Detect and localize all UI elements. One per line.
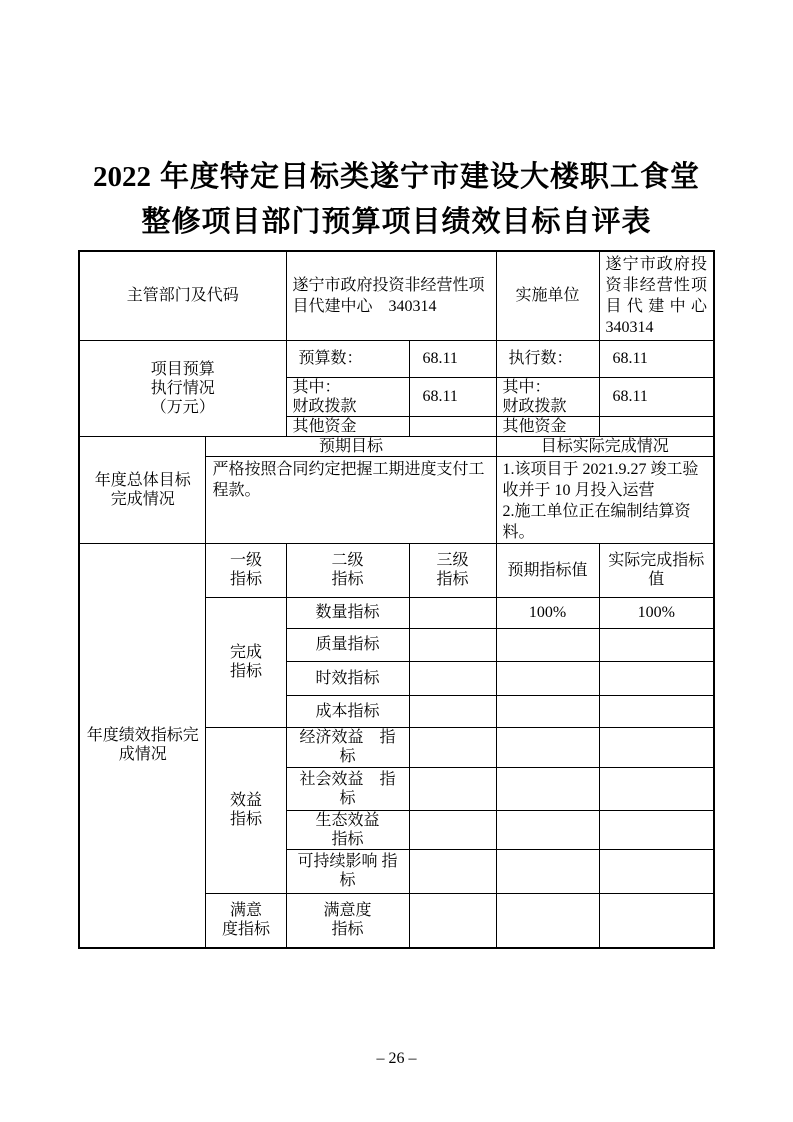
actual-target-text: 1.该项目于 2021.9.27 竣工验收并于 10 月投入运营 2.施工单位正… (496, 456, 714, 543)
actual-value-header: 实际完成指标 值 (599, 543, 714, 597)
expected-target-text: 严格按照合同约定把握工期进度支付工程款。 (206, 456, 496, 543)
indicator-level3 (409, 628, 496, 661)
self-evaluation-table: 主管部门及代码 遂宁市政府投资非经营性项目代建中心 340314 实施单位 遂宁… (78, 250, 715, 949)
budget-amount-label: 预算数： (286, 340, 409, 377)
indicator-level3 (409, 695, 496, 727)
indicator-actual (599, 628, 714, 661)
indicator-level3 (409, 810, 496, 849)
indicator-expected (496, 893, 599, 948)
budget-section-label: 项目预算 执行情况 （万元） (79, 340, 286, 436)
table-row: 年度总体目标 完成情况 预期目标 目标实际完成情况 (79, 436, 714, 456)
expected-value-header: 预期指标值 (496, 543, 599, 597)
indicator-level3 (409, 767, 496, 810)
indicator-level2: 生态效益 指标 (286, 810, 409, 849)
indicator-level2: 满意度 指标 (286, 893, 409, 948)
page-title: 2022 年度特定目标类遂宁市建设大楼职工食堂 整修项目部门预算项目绩效目标自评… (0, 0, 793, 245)
indicator-level2: 成本指标 (286, 695, 409, 727)
indicator-expected (496, 695, 599, 727)
indicator-actual (599, 849, 714, 893)
indicator-actual (599, 893, 714, 948)
table-row: 主管部门及代码 遂宁市政府投资非经营性项目代建中心 340314 实施单位 遂宁… (79, 251, 714, 340)
group-benefit-label: 效益 指标 (206, 727, 286, 893)
indicator-expected (496, 661, 599, 695)
level3-header: 三级 指标 (409, 543, 496, 597)
indicator-actual (599, 695, 714, 727)
indicator-level2: 可持续影响 指 标 (286, 849, 409, 893)
indicator-expected (496, 727, 599, 767)
budget-fiscal-label: 其中： 财政拨款 (286, 377, 409, 416)
indicator-level3 (409, 597, 496, 628)
page-number: – 26 – (0, 1049, 793, 1069)
indicator-expected (496, 628, 599, 661)
indicator-level2: 经济效益 指 标 (286, 727, 409, 767)
dept-code-label: 主管部门及代码 (79, 251, 286, 340)
document-page: 2022 年度特定目标类遂宁市建设大楼职工食堂 整修项目部门预算项目绩效目标自评… (0, 0, 793, 1122)
group-satisfaction-label: 满意 度指标 (206, 893, 286, 948)
indicator-level2: 质量指标 (286, 628, 409, 661)
indicator-level2: 社会效益 指 标 (286, 767, 409, 810)
budget-other-value (409, 416, 496, 436)
indicator-level3 (409, 849, 496, 893)
dept-code-value: 遂宁市政府投资非经营性项目代建中心 340314 (286, 251, 496, 340)
title-line1-text: 年度特定目标类遂宁市建设大楼职工食堂 (151, 161, 700, 193)
table-row: 年度绩效指标完 成情况 一级 指标 二级 指标 三级 指标 预期指标值 实际完成… (79, 543, 714, 597)
exec-fiscal-label: 其中： 财政拨款 (496, 377, 599, 416)
indicator-level3 (409, 661, 496, 695)
exec-amount-label: 执行数： (496, 340, 599, 377)
budget-other-label: 其他资金 (286, 416, 409, 436)
page-title-line1: 2022 年度特定目标类遂宁市建设大楼职工食堂 (0, 155, 793, 200)
indicator-level3 (409, 893, 496, 948)
group-completion-label: 完成 指标 (206, 597, 286, 727)
indicator-level3 (409, 727, 496, 767)
actual-target-header: 目标实际完成情况 (496, 436, 714, 456)
annual-target-section-label: 年度总体目标 完成情况 (79, 436, 206, 543)
exec-amount-value: 68.11 (599, 340, 714, 377)
exec-other-value (599, 416, 714, 436)
indicator-level2: 时效指标 (286, 661, 409, 695)
exec-other-label: 其他资金 (496, 416, 599, 436)
page-title-line2: 整修项目部门预算项目绩效目标自评表 (0, 200, 793, 245)
budget-amount-value: 68.11 (409, 340, 496, 377)
level1-header: 一级 指标 (206, 543, 286, 597)
indicator-actual (599, 661, 714, 695)
impl-unit-value: 遂宁市政府投资非经营性项目代建中心 340314 (599, 251, 714, 340)
level2-header: 二级 指标 (286, 543, 409, 597)
budget-fiscal-value: 68.11 (409, 377, 496, 416)
indicator-actual (599, 727, 714, 767)
indicator-expected: 100% (496, 597, 599, 628)
indicator-expected (496, 767, 599, 810)
exec-fiscal-value: 68.11 (599, 377, 714, 416)
impl-unit-label: 实施单位 (496, 251, 599, 340)
indicator-level2: 数量指标 (286, 597, 409, 628)
indicator-expected (496, 849, 599, 893)
indicator-actual (599, 810, 714, 849)
indicator-actual (599, 767, 714, 810)
indicators-section-label: 年度绩效指标完 成情况 (79, 543, 206, 948)
indicator-expected (496, 810, 599, 849)
title-year: 2022 (93, 161, 151, 193)
expected-target-header: 预期目标 (206, 436, 496, 456)
table-row: 项目预算 执行情况 （万元） 预算数： 68.11 执行数： 68.11 (79, 340, 714, 377)
indicator-actual: 100% (599, 597, 714, 628)
